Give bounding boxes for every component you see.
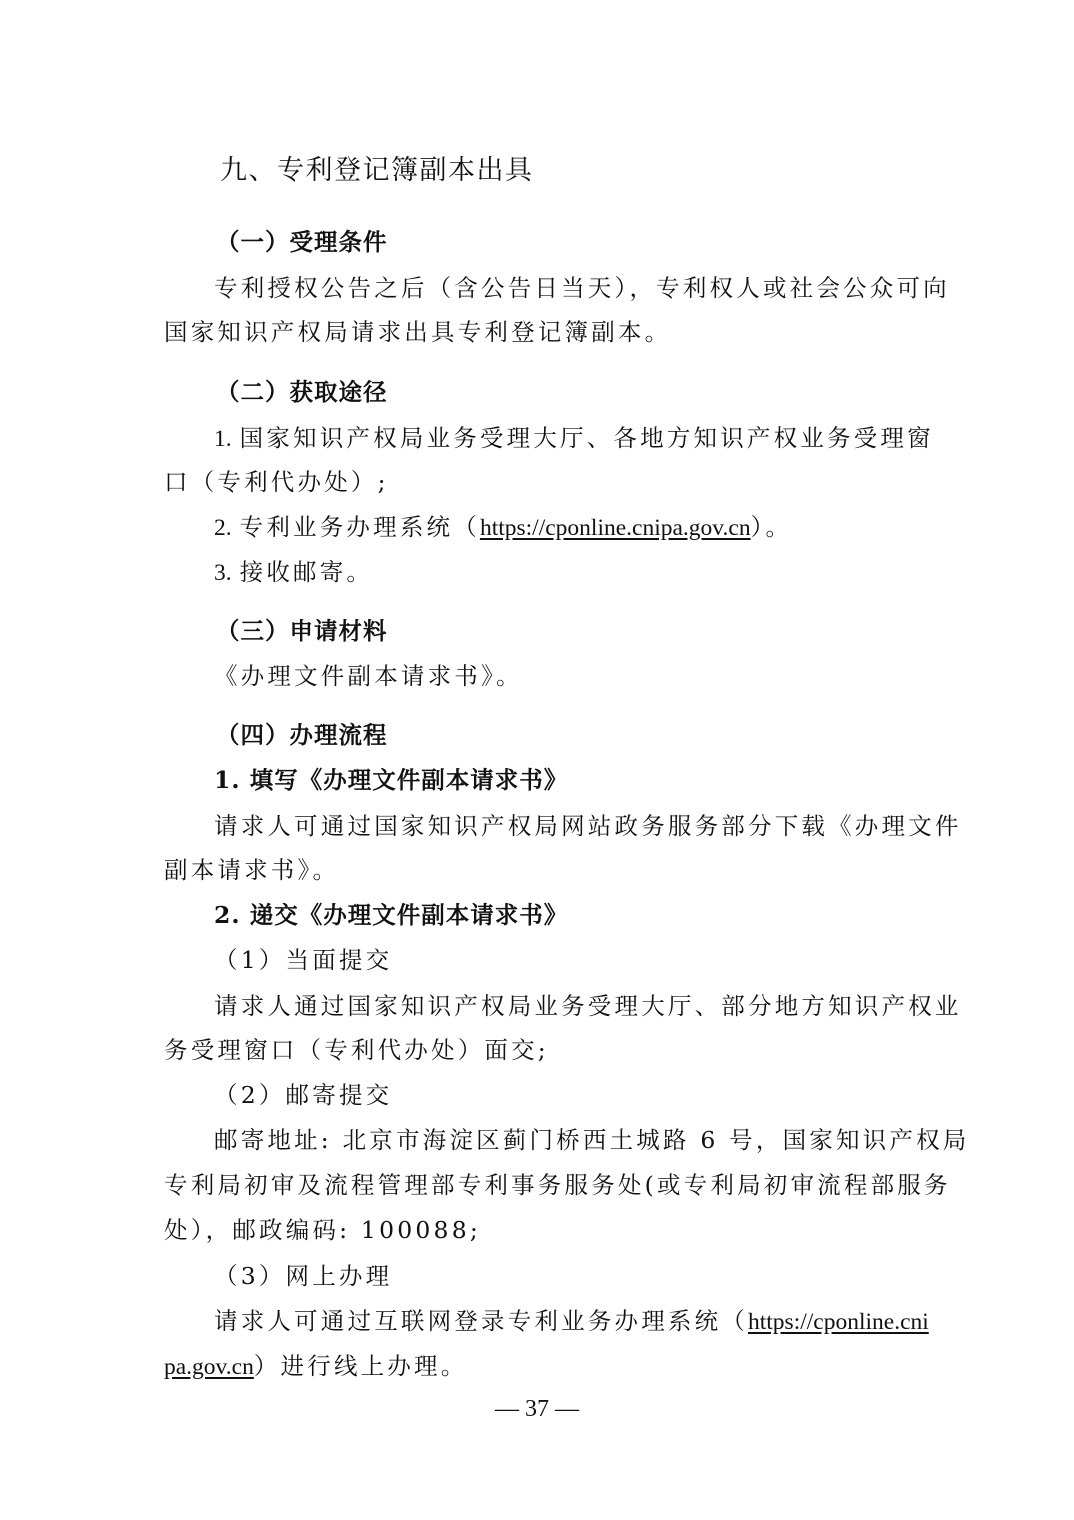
paragraph-line: 请求人可通过互联网登录专利业务办理系统（https://cponline.cni bbox=[214, 1305, 929, 1338]
cponline-link-continuation[interactable]: pa.gov.cn bbox=[164, 1354, 254, 1380]
paragraph-line: 邮寄地址: 北京市海淀区蓟门桥西土城路 6 号，国家知识产权局 bbox=[214, 1124, 969, 1156]
paragraph-line: 副本请求书》。 bbox=[164, 854, 339, 886]
option-label-online: （3）网上办理 bbox=[214, 1260, 392, 1292]
paragraph-line: 《办理文件副本请求书》。 bbox=[214, 660, 523, 692]
list-item: 2.专利业务办理系统（https://cponline.cnipa.gov.cn… bbox=[214, 511, 792, 544]
paragraph-line: 专利局初审及流程管理部专利事务服务处(或专利局初审流程部服务 bbox=[164, 1169, 951, 1201]
list-text: 国家知识产权局业务受理大厅、各地方知识产权业务受理窗 bbox=[240, 424, 934, 452]
subsection-heading-materials: （三）申请材料 bbox=[216, 615, 388, 647]
paragraph-text: 请求人可通过互联网登录专利业务办理系统（ bbox=[214, 1307, 748, 1335]
cponline-link[interactable]: https://cponline.cnipa.gov.cn bbox=[480, 515, 751, 541]
paragraph-text: ）进行线上办理。 bbox=[254, 1352, 468, 1380]
step-heading-submit-form: 2. 递交《办理文件副本请求书》 bbox=[214, 899, 568, 931]
paragraph-line: 专利授权公告之后（含公告日当天），专利权人或社会公众可向 bbox=[214, 272, 950, 304]
section-title: 九、专利登记簿副本出具 bbox=[220, 155, 534, 187]
subsection-heading-channels: （二）获取途径 bbox=[216, 376, 388, 408]
paragraph-line: 处），邮政编码: 100088; bbox=[164, 1214, 481, 1246]
list-item: 3.接收邮寄。 bbox=[214, 556, 373, 589]
paragraph-line: 请求人可通过国家知识产权局网站政务服务部分下载《办理文件 bbox=[214, 810, 962, 842]
page-number: — 37 — bbox=[0, 1396, 1074, 1423]
step-heading-fill-form: 1. 填写《办理文件副本请求书》 bbox=[214, 764, 568, 796]
list-text: 接收邮寄。 bbox=[240, 558, 374, 586]
paragraph-line: 国家知识产权局请求出具专利登记簿副本。 bbox=[164, 316, 671, 348]
list-text: 专利业务办理系统（ bbox=[240, 513, 480, 541]
document-page: 九、专利登记簿副本出具 （一）受理条件 专利授权公告之后（含公告日当天），专利权… bbox=[0, 0, 1074, 1520]
paragraph-line: 请求人通过国家知识产权局业务受理大厅、部分地方知识产权业 bbox=[214, 990, 962, 1022]
list-item-continuation: 口（专利代办处）; bbox=[164, 466, 389, 498]
list-item: 1.国家知识产权局业务受理大厅、各地方知识产权业务受理窗 bbox=[214, 422, 934, 455]
option-label-in-person: （1）当面提交 bbox=[214, 944, 392, 976]
list-number: 2. bbox=[214, 515, 232, 541]
list-number: 3. bbox=[214, 560, 232, 586]
option-label-mail: （2）邮寄提交 bbox=[214, 1079, 392, 1111]
paragraph-line: pa.gov.cn）进行线上办理。 bbox=[164, 1350, 467, 1383]
list-text: ）。 bbox=[751, 513, 793, 541]
list-number: 1. bbox=[214, 426, 232, 452]
paragraph-line: 务受理窗口（专利代办处）面交; bbox=[164, 1034, 549, 1066]
cponline-link[interactable]: https://cponline.cni bbox=[748, 1309, 929, 1335]
subsection-heading-process: （四）办理流程 bbox=[216, 719, 388, 751]
subsection-heading-conditions: （一）受理条件 bbox=[216, 226, 388, 258]
